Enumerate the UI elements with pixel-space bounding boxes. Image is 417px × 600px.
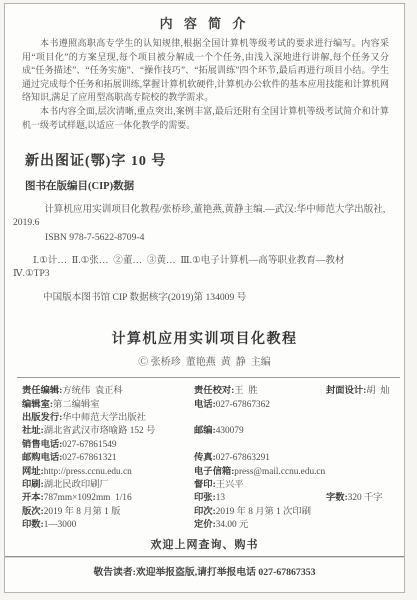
colophon-value: 湖北省武汉市珞喻路 152 号 — [44, 426, 156, 436]
colophon-cell — [194, 412, 326, 425]
colophon-value: 方统伟 袁正科 — [62, 386, 122, 396]
colophon-value: 320 千字 — [348, 493, 383, 503]
colophon-value: 1—3000 — [44, 520, 77, 530]
colophon-cell: 印张:13 — [194, 492, 326, 505]
cip-entry-line1: 计算机应用实训项目化教程/张桥珍,董艳燕,黄静主编.—武汉:华中师范大学出版社, — [25, 203, 390, 216]
colophon-cell: 开本:787mm×1092mm 1/16 — [22, 492, 194, 505]
copyright-page: 内 容 简 介 本书遵照高职高专学生的认知规律,根据全国计算机等级考试的要求进行… — [4, 3, 405, 593]
colophon-cell: 邮编:430079 — [194, 425, 326, 438]
colophon-label: 督印: — [194, 480, 216, 490]
colophon-value: 027-67867362 — [216, 400, 270, 410]
colophon-row: 销售电话:027-67861549 — [22, 439, 404, 452]
colophon-cell: 出版发行:华中师范大学出版社 — [22, 412, 194, 425]
colophon-label: 邮购电话: — [22, 453, 62, 463]
colophon-cell — [326, 466, 404, 479]
colophon-cell: 责任校对:王 胜 — [194, 385, 326, 398]
colophon-value: 2019 年 8 月第 1 次印刷 — [216, 507, 311, 517]
colophon-value: 34.00 元 — [216, 520, 249, 530]
colophon-value: 湖北民政印刷厂 — [44, 480, 109, 490]
colophon-cell: 编辑室:第二编辑室 — [22, 399, 194, 412]
colophon-cell: 电话:027-67867362 — [194, 399, 326, 412]
colophon-value: 2019 年 8 月第 1 版 — [44, 507, 121, 517]
colophon-row: 网址:http://press.ccnu.edu.cn 电子信箱:press@m… — [22, 466, 404, 479]
book-title: 计算机应用实训项目化教程 — [5, 328, 404, 348]
colophon-cell — [326, 412, 404, 425]
colophon-label: 社址: — [22, 426, 44, 436]
colophon-value: 第二编辑室 — [53, 400, 100, 410]
footer-divider — [5, 556, 404, 558]
colophon-cell: 网址:http://press.ccnu.edu.cn — [22, 466, 194, 479]
colophon-label: 邮编: — [194, 426, 216, 436]
colophon-row: 责任编辑:方统伟 袁正科 责任校对:王 胜 封面设计:胡 灿 — [22, 385, 404, 398]
colophon-cell: 责任编辑:方统伟 袁正科 — [22, 385, 194, 398]
colophon-value: press@mail.ccnu.edu.cn — [234, 467, 325, 477]
colophon-cell — [326, 506, 404, 519]
colophon-value: 王 胜 — [234, 386, 257, 396]
colophon-label: 版次: — [22, 507, 44, 517]
colophon-value: 027-67863291 — [216, 453, 270, 463]
colophon-label: 出版发行: — [22, 413, 62, 423]
colophon-label: 电话: — [194, 400, 216, 410]
cip-entry-line2: 2019.6 — [13, 216, 404, 229]
cip-block: 计算机应用实训项目化教程/张桥珍,董艳燕,黄静主编.—武汉:华中师范大学出版社,… — [5, 203, 404, 304]
cip-isbn: ISBN 978-7-5622-8709-4 — [45, 231, 404, 244]
colophon-row: 出版发行:华中师范大学出版社 — [22, 412, 404, 425]
piracy-notice: 敬告读者:欢迎举报盗版,请打举报电话 027-67867353 — [5, 564, 404, 578]
colophon-row: 版次:2019 年 8 月第 1 版 印次:2019 年 8 月第 1 次印刷 — [22, 506, 404, 519]
colophon-label: 定价: — [194, 520, 216, 530]
colophon-value: 027-67861321 — [62, 453, 116, 463]
intro-heading: 内 容 简 介 — [5, 13, 404, 32]
colophon-value: 787mm×1092mm 1/16 — [44, 493, 132, 503]
cip-classification-line2: Ⅳ.①TP3 — [13, 267, 404, 280]
colophon-cell: 定价:34.00 元 — [194, 519, 326, 532]
colophon-value: 胡 灿 — [366, 386, 389, 396]
cip-classification-line1: Ⅰ.①计… Ⅱ.①张… ②董… ③黄… Ⅲ.①电子计算机—高等职业教育—教材 — [33, 254, 404, 267]
colophon-row: 印刷:湖北民政印刷厂 督印:王兴平 — [22, 479, 404, 492]
colophon-cell: 版次:2019 年 8 月第 1 版 — [22, 506, 194, 519]
colophon-cell — [326, 425, 404, 438]
colophon-label: 传真: — [194, 453, 216, 463]
colophon-label: 字数: — [326, 493, 348, 503]
colophon-label: 印数: — [22, 520, 44, 530]
colophon-label: 印刷: — [22, 480, 44, 490]
colophon-cell: 电子信箱:press@mail.ccnu.edu.cn — [194, 466, 326, 479]
colophon-label: 销售电话: — [22, 440, 62, 450]
colophon-label: 封面设计: — [326, 386, 366, 396]
colophon-row: 编辑室:第二编辑室 电话:027-67867362 — [22, 399, 404, 412]
colophon-row: 社址:湖北省武汉市珞喻路 152 号 邮编:430079 — [22, 425, 404, 438]
colophon-cell: 督印:王兴平 — [194, 479, 326, 492]
colophon-label: 印张: — [194, 493, 216, 503]
colophon-cell — [194, 439, 326, 452]
colophon-cell: 邮购电话:027-67861321 — [22, 452, 194, 465]
colophon-cell — [326, 519, 404, 532]
colophon-cell: 封面设计:胡 灿 — [326, 385, 404, 398]
colophon-cell — [326, 399, 404, 412]
authors-line: Ⓒ 张桥珍 董艳燕 黄 静 主编 — [5, 353, 404, 368]
colophon-label: 开本: — [22, 493, 44, 503]
colophon-cell: 印刷:湖北民政印刷厂 — [22, 479, 194, 492]
colophon-label: 印次: — [194, 507, 216, 517]
colophon-cell: 字数:320 千字 — [326, 492, 404, 505]
colophon-cell: 社址:湖北省武汉市珞喻路 152 号 — [22, 425, 194, 438]
colophon-label: 电子信箱: — [194, 467, 234, 477]
colophon-cell: 销售电话:027-67861549 — [22, 439, 194, 452]
intro-paragraph-2: 本书内容全面,层次清晰,重点突出,案例丰富,最后还附有全国计算机等级考试简介和计… — [22, 105, 389, 132]
colophon-row: 印数:1—3000 定价:34.00 元 — [22, 519, 404, 532]
license-number: 新出图证(鄂)字 10 号 — [25, 150, 404, 170]
colophon-value: http://press.ccnu.edu.cn — [44, 467, 132, 477]
colophon-value: 13 — [216, 493, 225, 503]
colophon-cell — [326, 452, 404, 465]
cip-heading: 图书在版编目(CIP)数据 — [25, 178, 404, 193]
title-divider — [17, 377, 400, 378]
colophon-cell: 传真:027-67863291 — [194, 452, 326, 465]
colophon-value: 027-67861549 — [62, 440, 116, 450]
colophon-cell: 印数:1—3000 — [22, 519, 194, 532]
colophon-cell: 印次:2019 年 8 月第 1 次印刷 — [194, 506, 326, 519]
colophon-label: 网址: — [22, 467, 44, 477]
colophon-row: 邮购电话:027-67861321 传真:027-67863291 — [22, 452, 404, 465]
colophon-label: 编辑室: — [22, 400, 53, 410]
colophon-label: 责任校对: — [194, 386, 234, 396]
colophon-value: 430079 — [216, 426, 244, 436]
colophon-label: 责任编辑: — [22, 386, 62, 396]
colophon-table: 责任编辑:方统伟 袁正科 责任校对:王 胜 封面设计:胡 灿 编辑室:第二编辑室… — [5, 385, 404, 532]
cip-record-number: 中国版本图书馆 CIP 数据核字(2019)第 134009 号 — [43, 291, 404, 304]
colophon-row: 开本:787mm×1092mm 1/16 印张:13 字数:320 千字 — [22, 492, 404, 505]
intro-section: 本书遵照高职高专学生的认知规律,根据全国计算机等级考试的要求进行编写。内容采用“… — [5, 37, 404, 132]
colophon-cell — [326, 479, 404, 492]
welcome-line: 欢迎上网查询、购书 — [5, 536, 404, 552]
colophon-cell — [326, 439, 404, 452]
intro-paragraph-1: 本书遵照高职高专学生的认知规律,根据全国计算机等级考试的要求进行编写。内容采用“… — [22, 37, 389, 105]
colophon-value: 华中师范大学出版社 — [62, 413, 146, 423]
colophon-value: 王兴平 — [216, 480, 244, 490]
